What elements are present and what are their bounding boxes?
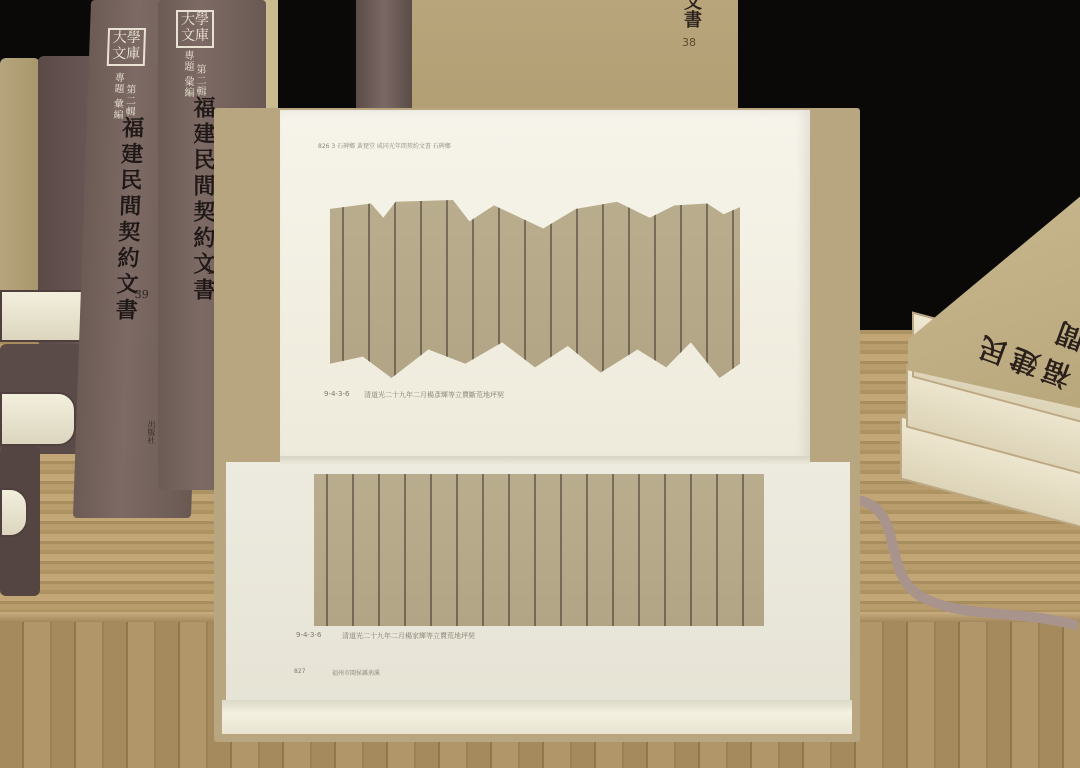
page-number: 827 — [294, 668, 305, 675]
open-book-page-edge — [222, 700, 852, 734]
running-head: 826 3 石碑鄉 黃琵堂 咸同光年間契約文書 石碑鄉 — [318, 141, 451, 150]
series-edition: 第二輯 — [121, 84, 137, 117]
open-book-gutter — [280, 456, 810, 466]
publisher-mark: 出版社 — [146, 420, 158, 444]
caption-text-top: 清道光二十九年二月楊彥輝等立賣斷荒地坪契 — [364, 390, 504, 400]
contract-document-bottom — [314, 474, 764, 626]
contract-document-top — [330, 200, 740, 378]
photo-scene: 文書 38 大學文庫 專題 彙編 第二輯 福建民間契約文書 39 出版社 大學文… — [0, 0, 1080, 768]
back-book-title: 文書 — [678, 0, 704, 28]
spine-volume-number: 39 — [135, 288, 149, 301]
series-edition: 第二輯 — [192, 64, 207, 97]
caption-text-bottom: 清道光二十九年二月楊家輝等立賣荒地坪契 — [342, 631, 475, 641]
publisher-logo-icon: 大學文庫 — [107, 28, 146, 66]
left-book-cover — [0, 58, 40, 298]
left-book-pages-2 — [0, 392, 76, 446]
page-footer-text: 福州市閩侯縣荊溪 — [332, 668, 380, 677]
caption-id-bottom: 9-4-3-6 — [296, 631, 321, 639]
left-book-pages-3 — [0, 488, 28, 537]
publisher-logo-icon: 大學文庫 — [176, 10, 214, 48]
back-book-volume: 38 — [682, 36, 696, 49]
back-book-spine — [356, 0, 412, 110]
caption-id-top: 9-4-3-6 — [324, 390, 349, 398]
